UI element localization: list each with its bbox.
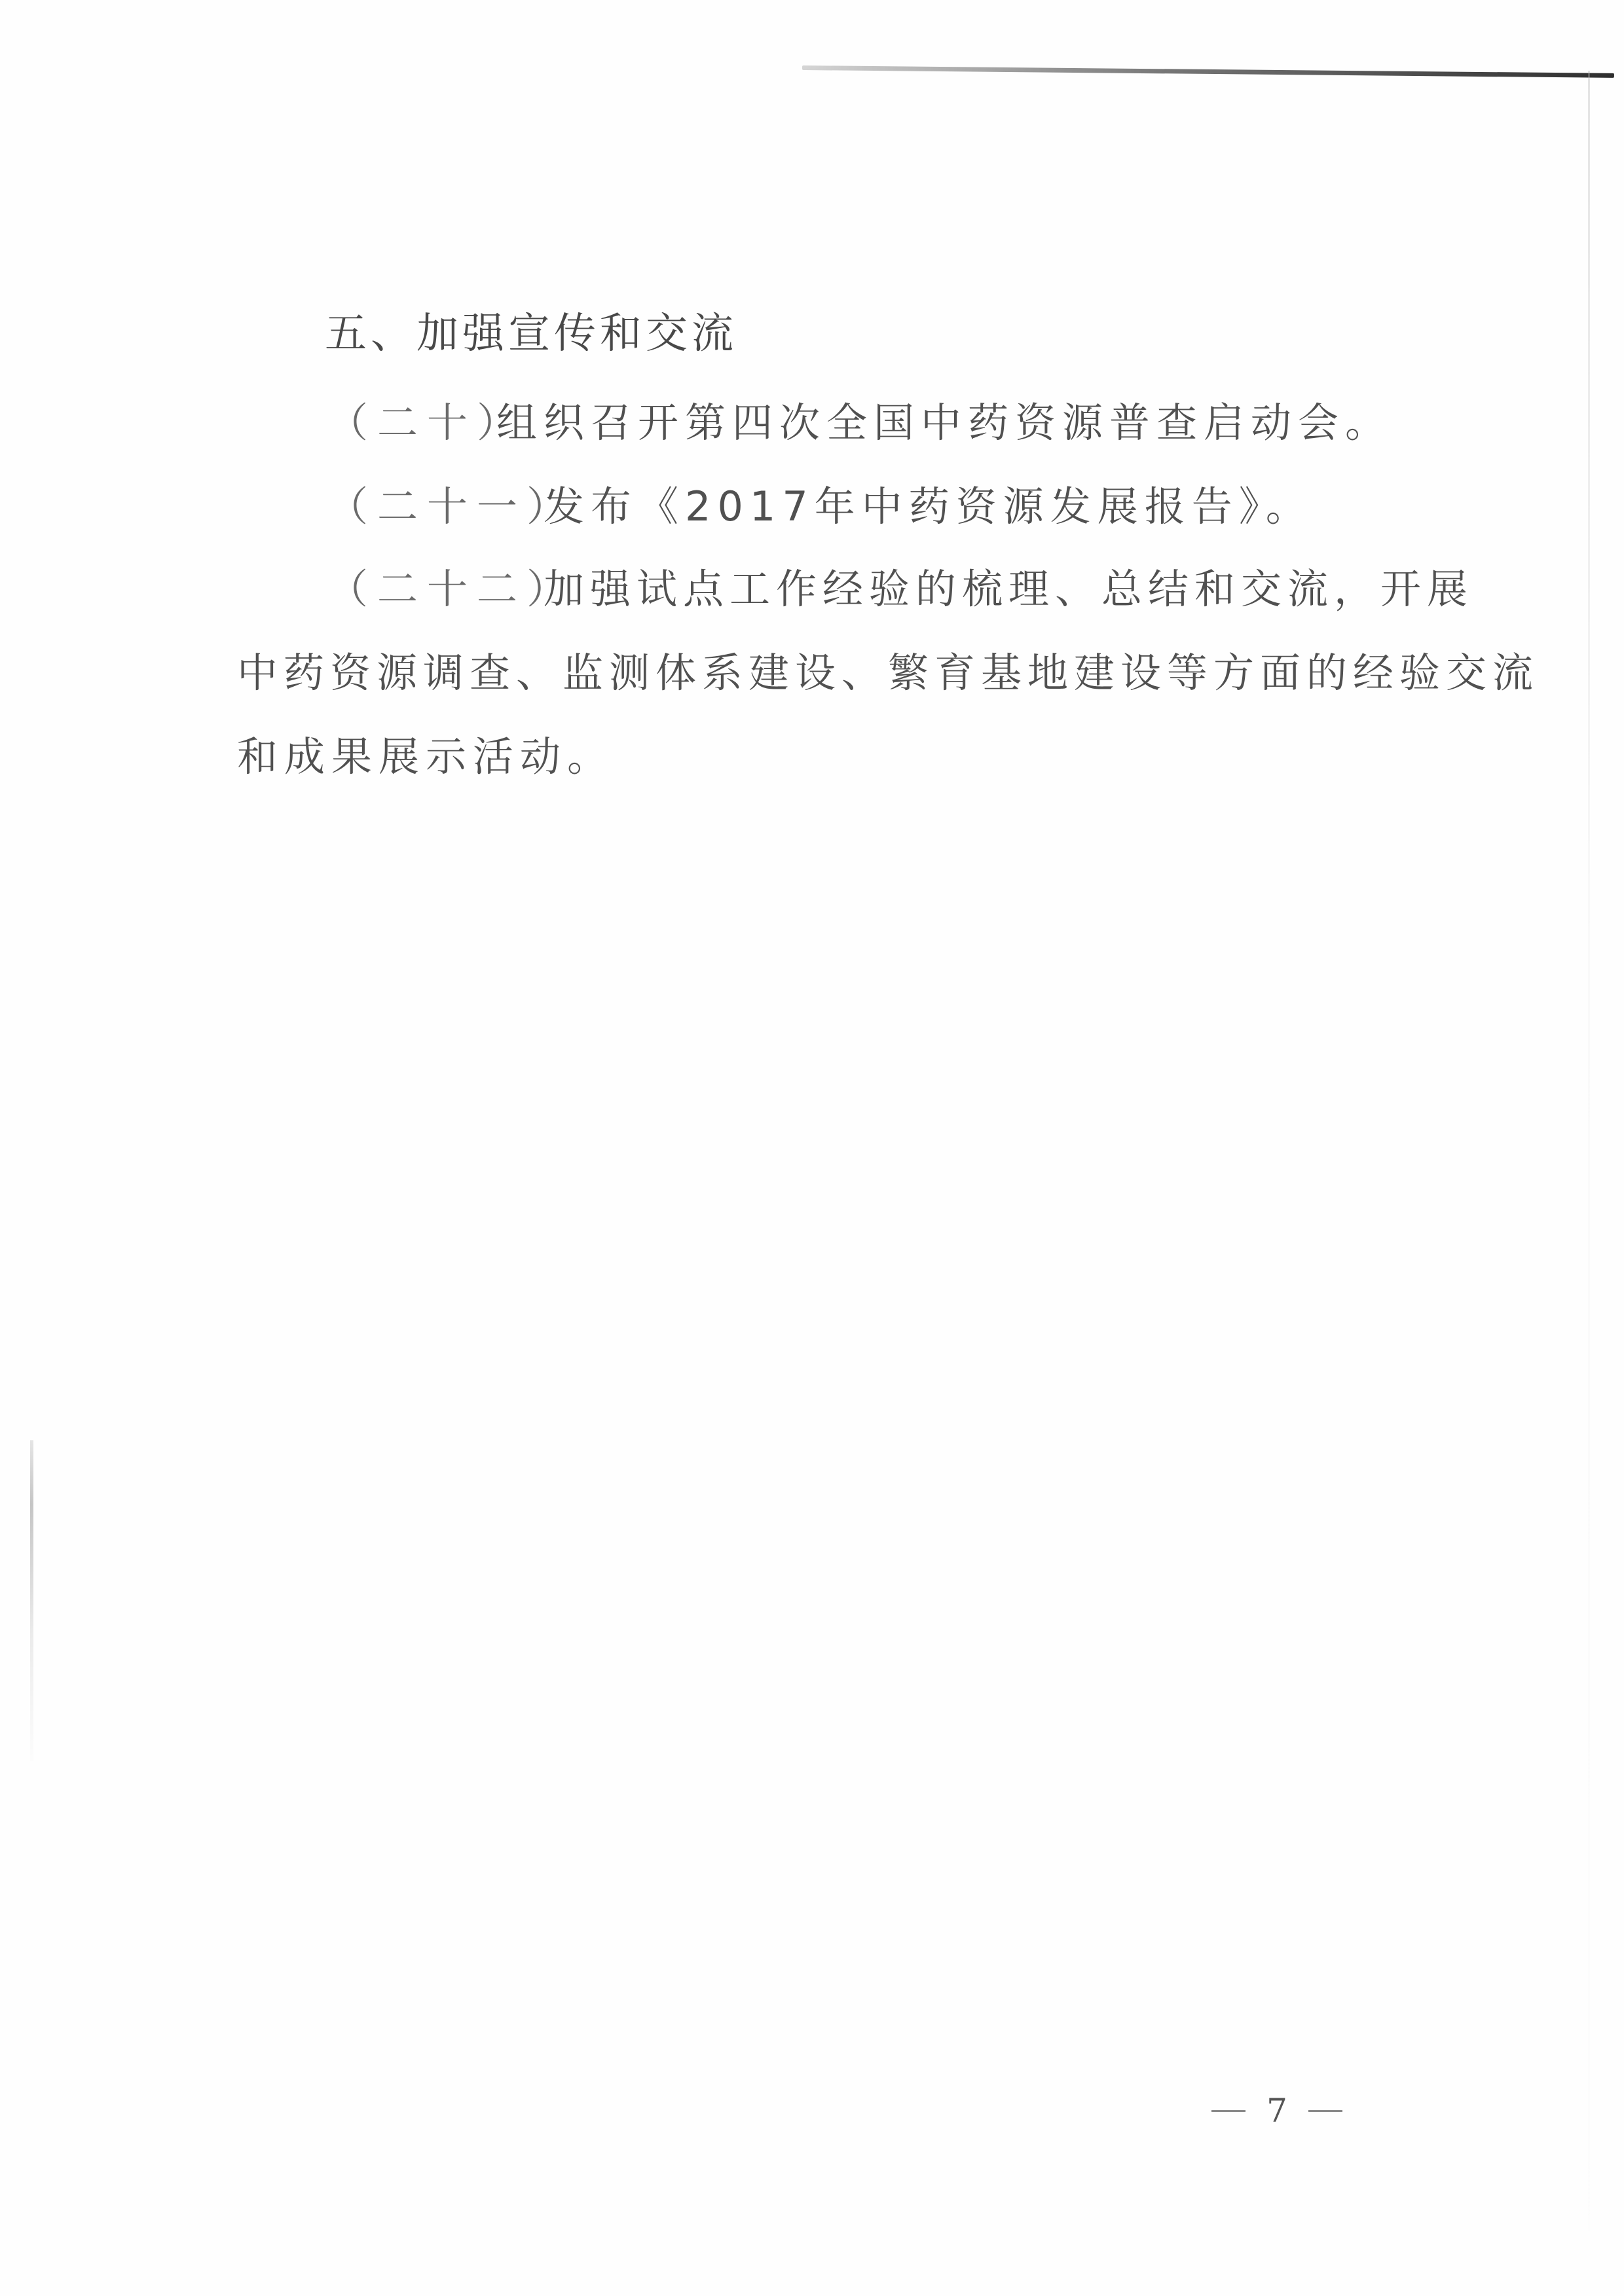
dash-right <box>1308 2110 1342 2112</box>
item-20: （二十）组织召开第四次全国中药资源普查启动会。 <box>327 399 1392 446</box>
item-number: （二十） <box>327 399 496 446</box>
item-text: 组织召开第四次全国中药资源普查启动会。 <box>496 399 1392 446</box>
header-rule <box>802 65 1614 78</box>
item-21: （二十一）发布《2017年中药资源发展报告》。 <box>327 483 1313 530</box>
page-number-value: 7 <box>1266 2091 1287 2130</box>
item-text: 加强试点工作经验的梳理、总结和交流，开展 <box>544 566 1473 613</box>
item-number: （二十二） <box>327 566 544 613</box>
scan-edge-shadow <box>1588 71 1590 2231</box>
item-text: 发布《2017年中药资源发展报告》。 <box>544 483 1313 530</box>
section-heading: 五、加强宣传和交流 <box>325 310 737 357</box>
item-22-line-3: 和成果展示活动。 <box>237 733 614 780</box>
document-page: 五、加强宣传和交流 （二十）组织召开第四次全国中药资源普查启动会。 （二十一）发… <box>0 0 1624 2296</box>
scan-artifact-line <box>30 1440 33 1761</box>
page-number: 7 <box>1211 2087 1342 2134</box>
item-number: （二十一） <box>327 483 544 530</box>
item-22-line-2: 中药资源调查、监测体系建设、繁育基地建设等方面的经验交流 <box>237 649 1539 697</box>
dash-left <box>1211 2110 1246 2112</box>
item-22-line-1: （二十二）加强试点工作经验的梳理、总结和交流，开展 <box>327 566 1473 613</box>
